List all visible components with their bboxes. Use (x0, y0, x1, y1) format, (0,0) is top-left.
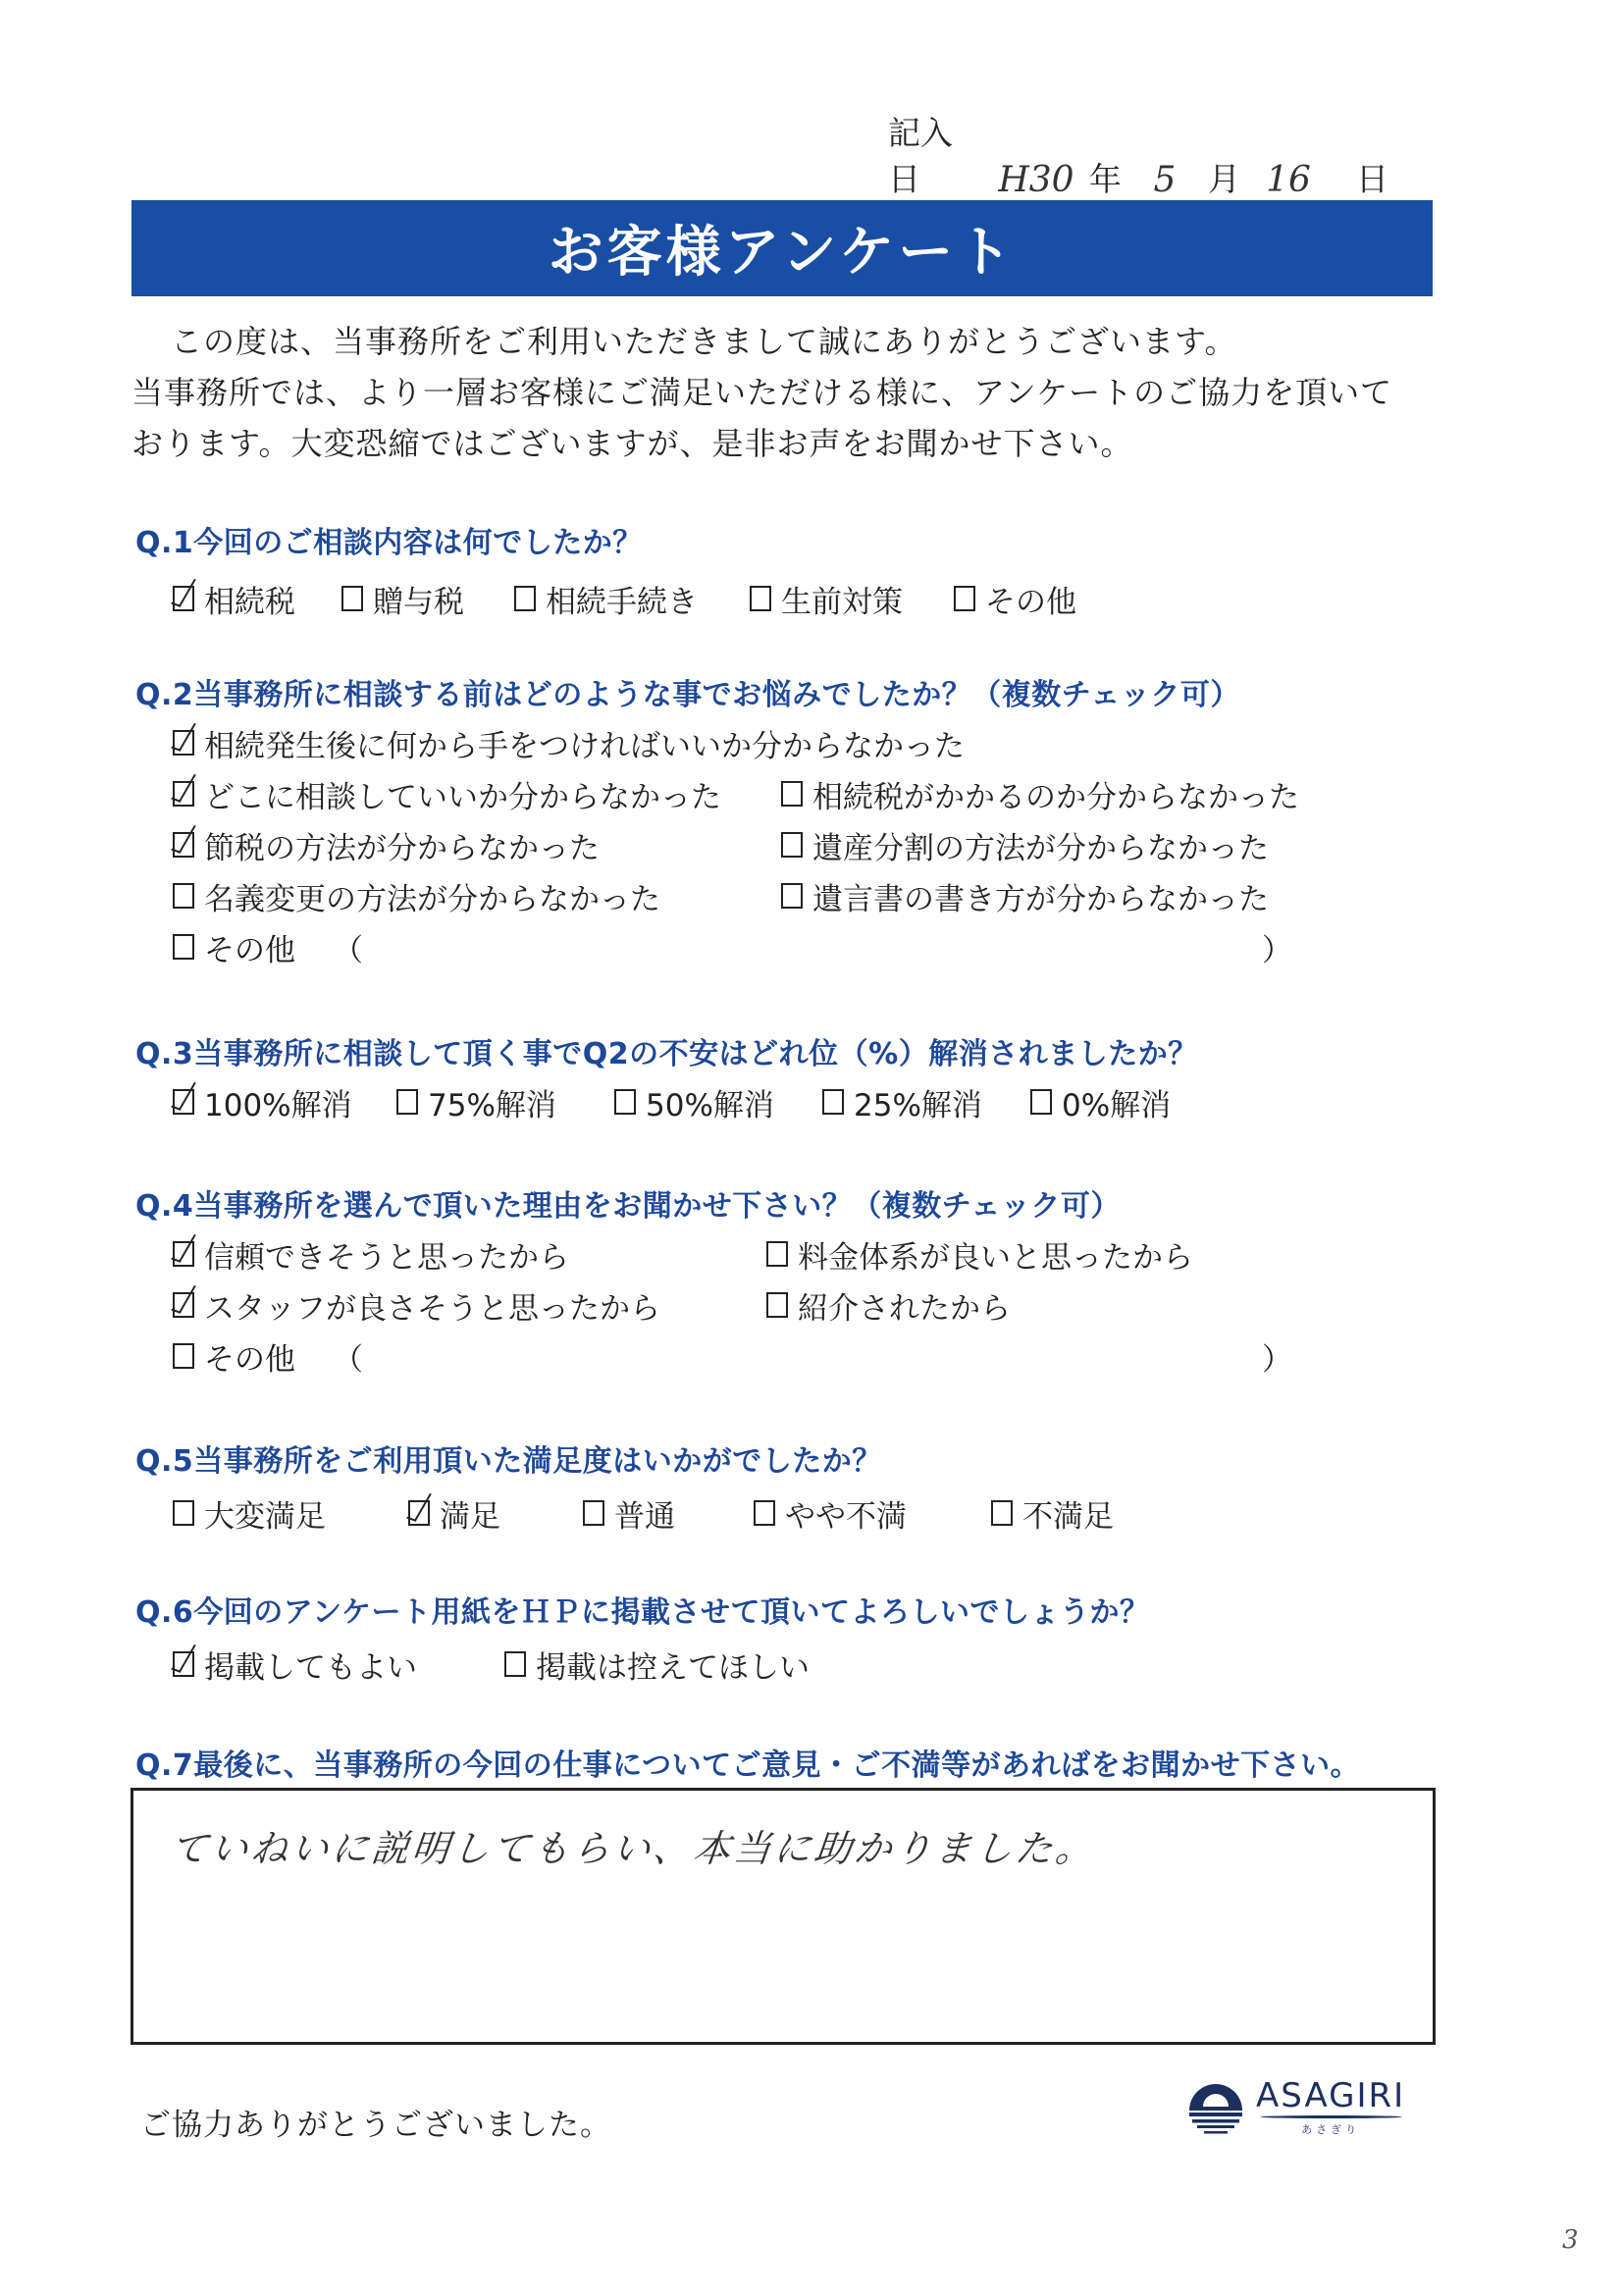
other-paren-open: （ (333, 1334, 363, 1379)
checkbox-icon[interactable] (1030, 1089, 1052, 1115)
question-title: Q.2当事務所に相談する前はどのような事でお悩みでしたか？（複数チェック可） (135, 674, 1440, 717)
checkbox-icon[interactable] (954, 586, 975, 611)
checkbox-icon[interactable] (396, 1089, 418, 1115)
question-1: Q.1今回のご相談内容は何でしたか？ 相続税 贈与税 相続手続き 生前対策 その… (135, 522, 1440, 624)
option-label: 不満足 (1022, 1491, 1114, 1536)
checkbox-checked-icon[interactable] (173, 781, 194, 807)
checkbox-checked-icon[interactable] (173, 1241, 194, 1267)
checkbox-icon[interactable] (781, 781, 803, 807)
question-title: Q.6今回のアンケート用紙をＨＰに掲載させて頂いてよろしいでしょうか？ (135, 1592, 1440, 1635)
question-title: Q.7最後に、当事務所の今回の仕事についてご意見・ご不満等があればをお聞かせ下さ… (135, 1745, 1440, 1788)
option-label: 掲載してもよい (204, 1643, 417, 1687)
checkbox-icon[interactable] (822, 1089, 844, 1115)
intro-line: おります。大変恐縮ではございますが、是非お声をお聞かせ下さい。 (131, 418, 1437, 469)
option-label: 相続税がかかるのか分からなかった (812, 772, 1299, 816)
option-label: 100%解消 (204, 1080, 352, 1124)
month-label: 月 (1208, 154, 1240, 200)
option-referral[interactable]: 紹介されたから (766, 1279, 1316, 1331)
checkbox-icon[interactable] (514, 586, 536, 611)
checkbox-icon[interactable] (766, 1292, 788, 1318)
intro-line: 当事務所では、より一層お客様にご満足いただける様に、アンケートのご協力を頂いて (131, 367, 1437, 418)
option-label: スタッフが良さそうと思ったから (204, 1283, 660, 1328)
option-very-satisfied[interactable]: 大変満足 (173, 1491, 408, 1536)
date-label: 記入日 (888, 108, 983, 200)
checkbox-icon[interactable] (173, 934, 194, 960)
option-label: 満足 (440, 1491, 500, 1536)
question-title: Q.4当事務所を選んで頂いた理由をお聞かせ下さい？（複数チェック可） (135, 1185, 1440, 1228)
option-label: その他 (204, 925, 295, 969)
comment-textarea[interactable]: ていねいに説明してもらい、本当に助かりました。 (131, 1788, 1436, 2045)
checkbox-icon[interactable] (173, 1500, 194, 1526)
checkbox-icon[interactable] (781, 832, 803, 858)
option-label: 遺言書の書き方が分からなかった (812, 874, 1269, 918)
option-publish-no[interactable]: 掲載は控えてほしい (504, 1643, 810, 1687)
comment-answer: ていねいに説明してもらい、本当に助かりました。 (168, 1818, 1099, 1872)
option-label: 名義変更の方法が分からなかった (204, 874, 660, 918)
checkbox-icon[interactable] (173, 883, 194, 909)
option-label: 相続発生後に何から手をつければいいか分からなかった (204, 721, 965, 765)
intro-line: この度は、当事務所をご利用いただきまして誠にありがとうございます。 (131, 316, 1437, 367)
option-label: 遺産分割の方法が分からなかった (812, 823, 1269, 867)
question-2: Q.2当事務所に相談する前はどのような事でお悩みでしたか？（複数チェック可） 相… (135, 674, 1440, 972)
logo-kana: あさぎり (1301, 2121, 1360, 2137)
intro-text: この度は、当事務所をご利用いただきまして誠にありがとうございます。 当事務所では… (131, 316, 1437, 469)
checkbox-icon[interactable] (750, 586, 771, 611)
logo-name: ASAGIRI (1256, 2078, 1405, 2113)
option-publish-ok[interactable]: 掲載してもよい (173, 1643, 504, 1687)
checkbox-checked-icon[interactable] (173, 1292, 194, 1318)
option-label: 相続手続き (546, 577, 698, 621)
question-title: Q.3当事務所に相談して頂く事でQ2の不安はどれ位（%）解消されましたか？ (135, 1033, 1440, 1076)
option-50[interactable]: 50%解消 (614, 1080, 822, 1124)
checkbox-icon[interactable] (614, 1089, 636, 1115)
option-25[interactable]: 25%解消 (822, 1080, 1030, 1124)
option-staff[interactable]: スタッフが良さそうと思ったから (173, 1279, 766, 1331)
option-label: 0%解消 (1062, 1080, 1171, 1124)
checkbox-icon[interactable] (991, 1500, 1013, 1526)
entry-date: 記入日 H30 年 5 月 16 日 (888, 145, 1388, 200)
question-title: Q.5当事務所をご利用頂いた満足度はいかがでしたか？ (135, 1440, 1440, 1484)
logo-swoosh (1260, 2115, 1402, 2118)
month-field[interactable]: 5 (1122, 160, 1208, 200)
question-3: Q.3当事務所に相談して頂く事でQ2の不安はどれ位（%）解消されましたか？ 10… (135, 1033, 1440, 1127)
option-label: その他 (204, 1334, 295, 1379)
option-label: 25%解消 (854, 1080, 982, 1124)
option-label: 信頼できそうと思ったから (204, 1232, 569, 1277)
day-label: 日 (1356, 154, 1388, 200)
option-label: 掲載は控えてほしい (536, 1643, 810, 1687)
checkbox-icon[interactable] (766, 1241, 788, 1267)
option-label: やや不満 (785, 1491, 907, 1536)
question-6: Q.6今回のアンケート用紙をＨＰに掲載させて頂いてよろしいでしょうか？ 掲載して… (135, 1592, 1440, 1690)
page-title: お客様アンケート (549, 209, 1017, 287)
question-7: Q.7最後に、当事務所の今回の仕事についてご意見・ご不満等があればをお聞かせ下さ… (135, 1745, 1440, 1788)
year-field[interactable]: H30 (983, 160, 1089, 200)
checkbox-checked-icon[interactable] (173, 832, 194, 858)
option-where-to-start[interactable]: 相続発生後に何から手をつければいいか分からなかった (173, 721, 965, 765)
year-label: 年 (1089, 154, 1122, 200)
checkbox-checked-icon[interactable] (173, 586, 194, 611)
checkbox-icon[interactable] (341, 586, 363, 611)
option-estate-division[interactable]: 遺産分割の方法が分からなかった (781, 819, 1331, 870)
option-label: 50%解消 (646, 1080, 774, 1124)
option-label: その他 (985, 577, 1076, 621)
checkbox-icon[interactable] (781, 883, 803, 909)
option-label: 普通 (614, 1491, 675, 1536)
option-label: 紹介されたから (798, 1283, 1011, 1328)
question-4: Q.4当事務所を選んで頂いた理由をお聞かせ下さい？（複数チェック可） 信頼できそ… (135, 1185, 1440, 1382)
title-banner: お客様アンケート (131, 200, 1433, 296)
option-souzokuzei[interactable]: 相続税 (173, 577, 341, 621)
option-label: 生前対策 (781, 577, 903, 621)
option-name-change[interactable]: 名義変更の方法が分からなかった (173, 870, 781, 921)
option-zoyozei[interactable]: 贈与税 (341, 577, 514, 621)
asagiri-sun-icon (1185, 2077, 1246, 2138)
other-paren-close: ） (1262, 925, 1292, 969)
thanks-message: ご協力ありがとうございました。 (140, 2100, 611, 2144)
option-somewhat-dissatisfied[interactable]: やや不満 (754, 1491, 991, 1536)
question-title: Q.1今回のご相談内容は何でしたか？ (135, 522, 1440, 565)
option-satisfied[interactable]: 満足 (408, 1491, 583, 1536)
checkbox-checked-icon[interactable] (173, 730, 194, 756)
option-label: 75%解消 (428, 1080, 556, 1124)
company-logo: ASAGIRI あさぎり (1185, 2068, 1421, 2147)
checkbox-icon[interactable] (504, 1651, 526, 1677)
option-label: 相続税 (204, 577, 295, 621)
page-number: 3 (1562, 2225, 1579, 2255)
checkbox-icon[interactable] (173, 1343, 194, 1369)
option-seizen-taisaku[interactable]: 生前対策 (750, 577, 954, 621)
option-where-to-consult[interactable]: どこに相談していいか分からなかった (173, 768, 781, 819)
option-tax-applies[interactable]: 相続税がかかるのか分からなかった (781, 768, 1331, 819)
checkbox-checked-icon[interactable] (173, 1651, 194, 1677)
option-label: 料金体系が良いと思ったから (798, 1232, 1193, 1277)
option-100[interactable]: 100%解消 (173, 1080, 396, 1124)
option-other[interactable]: その他 (954, 577, 1076, 621)
checkbox-icon[interactable] (754, 1500, 775, 1526)
option-dissatisfied[interactable]: 不満足 (991, 1491, 1114, 1536)
option-label: 大変満足 (204, 1491, 326, 1536)
option-will-writing[interactable]: 遺言書の書き方が分からなかった (781, 870, 1331, 921)
option-tax-saving[interactable]: 節税の方法が分からなかった (173, 819, 781, 870)
option-label: 贈与税 (373, 577, 464, 621)
other-paren-close: ） (1262, 1334, 1292, 1379)
option-label: 節税の方法が分からなかった (204, 823, 600, 867)
option-75[interactable]: 75%解消 (396, 1080, 614, 1124)
checkbox-icon[interactable] (583, 1500, 604, 1526)
option-pricing[interactable]: 料金体系が良いと思ったから (766, 1228, 1316, 1279)
option-other[interactable]: その他 (173, 1334, 295, 1379)
checkbox-checked-icon[interactable] (173, 1089, 194, 1115)
other-paren-open: （ (333, 925, 363, 969)
option-other[interactable]: その他 (173, 925, 295, 969)
option-trustworthy[interactable]: 信頼できそうと思ったから (173, 1228, 766, 1279)
option-label: どこに相談していいか分からなかった (204, 772, 721, 816)
option-0[interactable]: 0%解消 (1030, 1080, 1171, 1124)
question-5: Q.5当事務所をご利用頂いた満足度はいかがでしたか？ 大変満足 満足 普通 やや… (135, 1440, 1440, 1539)
option-neutral[interactable]: 普通 (583, 1491, 754, 1536)
option-souzoku-tetsuzuki[interactable]: 相続手続き (514, 577, 750, 621)
day-field[interactable]: 16 (1240, 160, 1336, 200)
checkbox-checked-icon[interactable] (408, 1500, 430, 1526)
